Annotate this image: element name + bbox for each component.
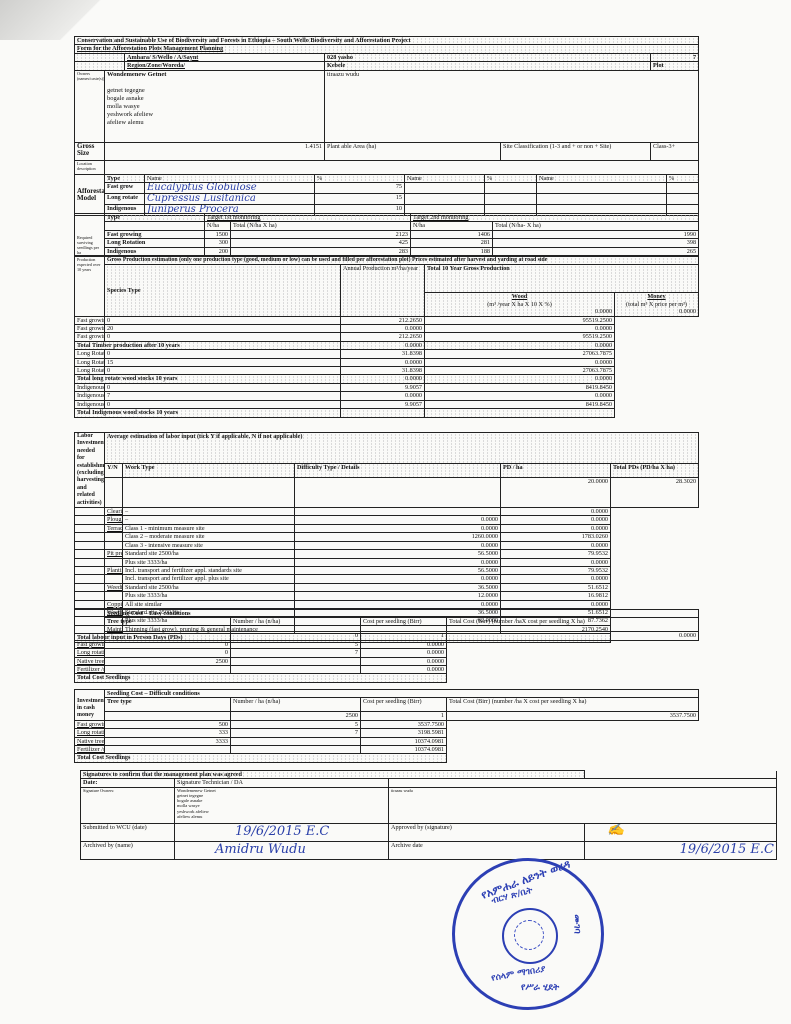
- cost-value: 7: [231, 649, 361, 657]
- production-row: Indigenous trees (low)09.90578419.8450: [75, 400, 699, 408]
- kebele-label: Kebele: [325, 62, 651, 70]
- model-row: Long rotateCupressus Lusitanica15: [75, 194, 699, 205]
- wood-value: 212.2650: [341, 333, 425, 341]
- total-pds-value: 79.9532: [501, 550, 611, 558]
- total-cost-value: 10374.0981: [361, 746, 447, 754]
- number-label: Number / ha (n/ha): [231, 618, 361, 632]
- difficulty-detail: Incl. transport and fertilizer appl. plu…: [123, 575, 295, 583]
- number-value: 0: [105, 640, 231, 648]
- handwritten-species: Eucalyptus Globulose: [145, 183, 315, 194]
- work-type: [105, 558, 123, 566]
- species-name: Fast growing (low): [75, 333, 105, 341]
- species-name: Long Rotation (medium): [75, 358, 105, 366]
- number-value: 0: [105, 649, 231, 657]
- labor-row: Weeding year 1Standard site 2500/ha36.50…: [75, 583, 699, 591]
- official-stamp: የአምሐራ ለይንት ወረዳ ብርሃ ጽ/ቤት ሙገባ የሰላም ማገበሪያ የ…: [452, 858, 604, 1010]
- production-label: Production expected over 10 years: [75, 257, 105, 317]
- yn-cell: [75, 516, 105, 524]
- number-value: [105, 746, 231, 754]
- species-name: Long Rotation (good): [75, 350, 105, 358]
- total-pds-value: 16.9812: [501, 592, 611, 600]
- species-name: Total Indigenous wood stocks 10 years: [75, 409, 341, 417]
- difficulty-detail: Incl. transport and fertilizer appl. sta…: [123, 566, 295, 574]
- work-type-label: Work Type: [123, 463, 295, 477]
- pdha-value: 0.0000: [295, 524, 501, 532]
- cost-label: Cost per seedling (Birr): [361, 698, 447, 712]
- total-pds-value: 1783.0260: [501, 533, 611, 541]
- tree-type: Native tree: [75, 737, 105, 745]
- total2-label: Total (N/ha- X ha): [493, 222, 699, 230]
- total-pds-value: 0.0000: [501, 516, 611, 524]
- seedling-difficult-table: Investment in cash moneySeedling Cost – …: [74, 689, 699, 763]
- wood-value: 31.8398: [341, 367, 425, 375]
- tree-type: Fertilizer /seedling: [75, 746, 105, 754]
- production-row: Total long rotate wood stocks 10 years0.…: [75, 375, 699, 383]
- cost-label: Cost per seedling (Birr): [361, 618, 447, 632]
- project-title: Conservation and Sustainable Use of Biod…: [75, 37, 699, 45]
- difficulty-detail: Plus site 3333/ha: [123, 558, 295, 566]
- investment-label: Investment in cash money: [75, 690, 105, 721]
- annual-value: 0: [105, 316, 341, 324]
- seedling-cost-row: Fertilizer /seedling10374.0981: [75, 746, 699, 754]
- number-value: 3333: [105, 737, 231, 745]
- page-fold: [0, 0, 180, 40]
- production-row: Long Rotation (low)031.839827063.7875: [75, 367, 699, 375]
- production-row: Fast growing (medium)200.00000.0000: [75, 325, 699, 333]
- gross-size-value: 1.4151: [105, 142, 325, 160]
- yn-label: Y/N: [105, 463, 123, 477]
- difficult-total-label: Total Cost Seedlings: [75, 754, 447, 762]
- pdha-value: 0.0000: [295, 541, 501, 549]
- yn-cell: [75, 533, 105, 541]
- wood-value: 9.9057: [341, 383, 425, 391]
- yn-cell: [75, 592, 105, 600]
- owners-list-left: Wondemenew Getnet getnet tegegnebogale a…: [105, 70, 325, 142]
- owners-label: Owners (names/caste(s)): [75, 70, 105, 142]
- tree-type: Fast growing: [75, 720, 105, 728]
- total-pds-value: 51.6512: [501, 583, 611, 591]
- seedling-cost-row: Native tree333310374.0981: [75, 737, 699, 745]
- total-header-value: 28.3020: [611, 477, 699, 508]
- total-pds-value: 0.0000: [501, 508, 611, 516]
- work-type: Terracing, Water harvesting: [105, 524, 123, 532]
- work-type: Pit preparation: [105, 550, 123, 558]
- seedlings-label: Required surviving seedlings per ha: [75, 214, 105, 256]
- production-note: Gross Production estimation (only one pr…: [105, 257, 699, 265]
- work-type: Coppice management: [105, 600, 123, 608]
- money-value: 95519.2500: [425, 333, 615, 341]
- col-name-2: Name: [405, 175, 485, 183]
- archived-label: Archived by (name): [81, 841, 175, 859]
- location-label: Location description: [75, 160, 105, 174]
- total-cost-value: 10374.0981: [361, 737, 447, 745]
- annual-production-label: Annual Production m³/ha/year: [341, 265, 425, 316]
- nha-label-2: N/ha: [411, 222, 493, 230]
- kebele-value: 028 yasho: [325, 53, 651, 61]
- work-type: Ploughing: [105, 516, 123, 524]
- seedling-easy-title: Seedling Cost – Easy conditions: [105, 610, 699, 618]
- difficulty-detail: Class 3 - intensive measure site: [123, 541, 295, 549]
- cost-value: [231, 746, 361, 754]
- plot-number: 7: [651, 53, 699, 61]
- submitted-date: 19/6/2015 E.C: [175, 823, 389, 841]
- production-row: Long Rotation (good)031.839827063.7875: [75, 350, 699, 358]
- pdha-value: 56.5000: [295, 566, 501, 574]
- wood-value: 212.2650: [341, 316, 425, 324]
- seedling-cost-row: Fast growing050.0000: [75, 640, 699, 648]
- total-cost-value: 0.0000: [361, 640, 447, 648]
- col-pct-2: %: [485, 175, 537, 183]
- signatures-agreed: Signatures to confirm that the managemen…: [81, 771, 585, 779]
- total-cost-value: 0.0000: [361, 666, 447, 674]
- species-name: Indigenous trees (medium): [75, 392, 105, 400]
- species-name: Total Timber production after 10 years: [75, 341, 341, 349]
- col-pct-3: %: [667, 175, 699, 183]
- production-row: Fast growing (low)0212.265095519.2500: [75, 333, 699, 341]
- col-name: Name: [145, 175, 315, 183]
- pdha-value: 12.0000: [295, 592, 501, 600]
- work-type: [105, 541, 123, 549]
- wood-value: 0.0000: [341, 341, 425, 349]
- species-name: Fast growing (good): [75, 316, 105, 324]
- location-value: [105, 160, 699, 174]
- annual-value: 0: [105, 383, 341, 391]
- seedlings-table: Required surviving seedlings per ha Type…: [74, 213, 699, 256]
- total10-label: Total 10 Year Gross Production: [425, 265, 699, 293]
- work-type: Planting: [105, 566, 123, 574]
- wood-value: 0.0000: [341, 392, 425, 400]
- yn-cell: [75, 575, 105, 583]
- annual-value: 20: [105, 325, 341, 333]
- species-name: Long Rotation (low): [75, 367, 105, 375]
- seedling-cost-row: Fertilizer /seedling0.0000: [75, 666, 699, 674]
- money-value: 8419.8450: [425, 383, 615, 391]
- pdha-value: 0.0000: [295, 558, 501, 566]
- approved-label: Approved by (signature): [389, 823, 585, 841]
- difficulty-detail: All site similar: [123, 600, 295, 608]
- species-name: Total long rotate wood stocks 10 years: [75, 375, 341, 383]
- number-value: 500: [105, 720, 231, 728]
- yn-cell: [75, 524, 105, 532]
- col-pct: %: [315, 175, 405, 183]
- tree-type: Long rotation: [75, 649, 105, 657]
- total-cost-value: 3537.7500: [361, 720, 447, 728]
- number-value: [105, 666, 231, 674]
- yn-cell: [75, 566, 105, 574]
- stamp-bottom-text: የሰላም ማገበሪያ: [491, 964, 547, 983]
- labor-label: Labor Investments needed for establishme…: [75, 433, 105, 508]
- species-type-label: Species Type: [105, 265, 341, 316]
- pdha-value: 0.0000: [295, 575, 501, 583]
- total-pds-value: 0.0000: [501, 541, 611, 549]
- total-pds-value: 0.0000: [501, 558, 611, 566]
- wood-value: [341, 409, 425, 417]
- work-type: [105, 592, 123, 600]
- money-value: [425, 409, 615, 417]
- production-row: Fast growing (good)0212.265095519.2500: [75, 316, 699, 324]
- labor-row: Clearing–0.0000: [75, 508, 699, 516]
- model-row: Fast growEucalyptus Globulose75: [75, 183, 699, 194]
- total-cost-value: 0.0000: [361, 649, 447, 657]
- pdha-label: PD / ha: [501, 463, 611, 477]
- wood-value: 0.0000: [341, 325, 425, 333]
- site-class-label: Site Classification (1-3 and + or non + …: [501, 142, 651, 160]
- difficulty-detail: –: [123, 516, 295, 524]
- money-value: 0.0000: [425, 325, 615, 333]
- difficulty-detail: Class 1 - minimum measure site: [123, 524, 295, 532]
- total-cost-label: Total Cost (Birr) (number /haX cost per …: [447, 618, 699, 632]
- yn-cell: [75, 600, 105, 608]
- species-name: Indigenous trees (low): [75, 400, 105, 408]
- difficulty-label: Difficulty Type / Details: [295, 463, 501, 477]
- archive-date-label: Archive date: [389, 841, 585, 859]
- money-value: 0.0000: [425, 392, 615, 400]
- labor-row: Terracing, Water harvestingClass 1 - min…: [75, 524, 699, 532]
- pdha-value: [295, 508, 501, 516]
- total-cost-value: 3198.5981: [361, 729, 447, 737]
- difficulty-detail: Standard site 2500/ha: [123, 583, 295, 591]
- work-type: [105, 575, 123, 583]
- labor-row: Class 3 - intensive measure site0.00000.…: [75, 541, 699, 549]
- col-type: Type: [105, 175, 145, 183]
- money-value: 8419.8450: [425, 400, 615, 408]
- cost-value: 5: [231, 640, 361, 648]
- seedling-easy-table: Seedling Cost – Easy conditions Tree typ…: [74, 609, 699, 683]
- pdha-value: 1260.0000: [295, 533, 501, 541]
- col-name-3: Name: [537, 175, 667, 183]
- money-value: 0.0000: [425, 341, 615, 349]
- scanned-page: Conservation and Sustainable Use of Biod…: [0, 0, 791, 1024]
- seedling-row: Fast growing1500212314061990: [75, 230, 699, 238]
- seedling-row: Indigenous200283188265: [75, 247, 699, 255]
- difficulty-detail: –: [123, 508, 295, 516]
- pdha-value: 56.5000: [295, 550, 501, 558]
- form-header-table: Conservation and Sustainable Use of Biod…: [74, 36, 699, 175]
- production-row: Indigenous trees (medium)70.00000.0000: [75, 392, 699, 400]
- target2-label: Target 2nd monitoring: [411, 214, 699, 222]
- money-value: 95519.2500: [425, 316, 615, 324]
- seedling-cost-row: Native tree25000.0000: [75, 657, 699, 665]
- total-pds-value: 79.9532: [501, 566, 611, 574]
- tree-type: Fertilizer /seedling: [75, 666, 105, 674]
- production-row: Total Timber production after 10 years0.…: [75, 341, 699, 349]
- money-formula: (total m³ X price per m³): [617, 301, 696, 308]
- date-label: Date:: [81, 779, 175, 787]
- pdha-value: 0.0000: [295, 516, 501, 524]
- submitted-label: Submitted to WCU (date): [81, 823, 175, 841]
- total-pds-value: 0.0000: [501, 600, 611, 608]
- money-value: 27063.7875: [425, 367, 615, 375]
- region-label: Region/Zone/Woreda/: [125, 62, 325, 70]
- stamp-emblem: [502, 908, 558, 964]
- cost-value: 7: [231, 729, 361, 737]
- total-cost-label: Total Cost (Birr) (number /ha X cost per…: [447, 698, 699, 712]
- archived-by: Amidru Wudu: [175, 841, 389, 859]
- stamp-right-text: ሙገባ: [572, 914, 582, 933]
- labor-row: Plus site 3333/ha12.000016.9812: [75, 592, 699, 600]
- target1-label: Target 1st monitoring: [205, 214, 411, 222]
- total-pds-label: Total PDs (PD/ha X ha): [611, 463, 699, 477]
- wood-value: 9.9057: [341, 400, 425, 408]
- seedling-cost-row: Long rotation070.0000: [75, 649, 699, 657]
- production-table: Production expected over 10 years Gross …: [74, 256, 699, 418]
- number-value: 2500: [105, 657, 231, 665]
- total1-label: Total (N/ha X ha): [231, 222, 411, 230]
- number-label: Number / ha (n/ha): [231, 698, 361, 712]
- yn-cell: [75, 583, 105, 591]
- cost-value: [231, 666, 361, 674]
- gross-size-label: Gross Size: [75, 142, 105, 160]
- site-class-value: Class-3+: [651, 142, 699, 160]
- region-value: Amhara/ S/Wello / A/Saynt: [125, 53, 325, 61]
- labor-row: Incl. transport and fertilizer appl. plu…: [75, 575, 699, 583]
- money-value: 0.0000: [425, 375, 615, 383]
- tree-type-label: Tree type: [105, 618, 231, 632]
- production-row: Long Rotation (medium)150.00000.0000: [75, 358, 699, 366]
- wood-header-value: 0.0000: [427, 308, 612, 315]
- annual-value: 7: [105, 392, 341, 400]
- seedling-difficult-title: Seedling Cost – Difficult conditions: [105, 690, 699, 698]
- technician-label: Signature Technician / DA: [175, 779, 389, 787]
- work-type: Weeding year 1: [105, 583, 123, 591]
- money-value: 0.0000: [425, 358, 615, 366]
- signature-owners-right: tiraazu wudu: [389, 787, 777, 823]
- archive-date: 19/6/2015 E.C: [585, 841, 777, 859]
- total-pds-value: 0.0000: [501, 524, 611, 532]
- labor-row: Plus site 3333/ha0.00000.0000: [75, 558, 699, 566]
- annual-value: 0: [105, 333, 341, 341]
- seedling-type-label: Type: [105, 214, 205, 222]
- work-type: [105, 533, 123, 541]
- plot-label: Plot: [651, 62, 699, 70]
- seedling-row: Long Rotation300425281398: [75, 239, 699, 247]
- handwritten-species: Cupressus Lusitanica: [145, 194, 315, 205]
- pdha-value: 36.5000: [295, 583, 501, 591]
- wood-label: Wood: [427, 293, 612, 300]
- money-value: 27063.7875: [425, 350, 615, 358]
- difficulty-detail: Plus site 3333/ha: [123, 592, 295, 600]
- yn-cell: [75, 558, 105, 566]
- wood-value: 0.0000: [341, 358, 425, 366]
- labor-row: Ploughing–0.00000.0000: [75, 516, 699, 524]
- species-name: Indigenous trees (good): [75, 383, 105, 391]
- pdha-header-value: 20.0000: [501, 477, 611, 508]
- owners-list-right: tiraazu wudu: [325, 70, 699, 142]
- difficulty-detail: Standard site 2500/ha: [123, 550, 295, 558]
- difficulty-detail: Class 2 – moderate measure site: [123, 533, 295, 541]
- form-title: Form for the Afforestation Plots Managem…: [75, 45, 699, 53]
- nha-label: N/ha: [205, 222, 231, 230]
- cost-value: [231, 737, 361, 745]
- seedling-cost-row: Fast growing50053537.7500: [75, 720, 699, 728]
- wood-value: 31.8398: [341, 350, 425, 358]
- stamp-bottom-inner: የሥራ ሂደት: [521, 983, 559, 993]
- money-header-value: 0.0000: [617, 308, 696, 315]
- annual-value: 0: [105, 367, 341, 375]
- yn-cell: [75, 541, 105, 549]
- easy-total-label: Total Cost Seedlings: [75, 674, 447, 682]
- work-type: Clearing: [105, 508, 123, 516]
- wood-value: 0.0000: [341, 375, 425, 383]
- labor-row: Coppice managementAll site similar0.0000…: [75, 600, 699, 608]
- signature-owners-list: Wondemenew Getnetgetnet tegegnebogale as…: [175, 787, 389, 823]
- labor-row: Pit preparationStandard site 2500/ha56.5…: [75, 550, 699, 558]
- cost-value: [231, 657, 361, 665]
- signature-owners-label: Signature Owners:: [81, 787, 175, 823]
- signatures-table: Signatures to confirm that the managemen…: [80, 770, 777, 860]
- tree-type: Native tree: [75, 657, 105, 665]
- wood-formula: (m³ /year X ha X 10 X %): [427, 301, 612, 308]
- labor-row: Class 2 – moderate measure site1260.0000…: [75, 533, 699, 541]
- afforestation-model-table: Afforestation Model Type Name % Name % N…: [74, 174, 699, 216]
- annual-value: 0: [105, 400, 341, 408]
- seedling-cost-row: Long rotation33373198.5981: [75, 729, 699, 737]
- tree-type: Fast growing: [75, 640, 105, 648]
- production-row: Indigenous trees (good)09.90578419.8450: [75, 383, 699, 391]
- tree-type-label: Tree type: [105, 698, 231, 712]
- afforestation-model-label: Afforestation Model: [75, 175, 105, 216]
- total-cost-value: 0.0000: [361, 657, 447, 665]
- approved-signature: ✍: [585, 823, 777, 841]
- annual-value: 15: [105, 358, 341, 366]
- money-label: Money: [617, 293, 696, 300]
- total-pds-value: 0.0000: [501, 575, 611, 583]
- yn-cell: [75, 508, 105, 516]
- plantable-area-label: Plant able Area (ha): [325, 142, 501, 160]
- labor-title: Average estimation of labor input (tick …: [105, 433, 699, 464]
- species-name: Fast growing (medium): [75, 325, 105, 333]
- pdha-value: 0.0000: [295, 600, 501, 608]
- production-row: Total Indigenous wood stocks 10 years: [75, 409, 699, 417]
- annual-value: 0: [105, 350, 341, 358]
- yn-cell: [75, 550, 105, 558]
- cost-value: 5: [231, 720, 361, 728]
- number-value: 333: [105, 729, 231, 737]
- labor-row: PlantingIncl. transport and fertilizer a…: [75, 566, 699, 574]
- tree-type: Long rotation: [75, 729, 105, 737]
